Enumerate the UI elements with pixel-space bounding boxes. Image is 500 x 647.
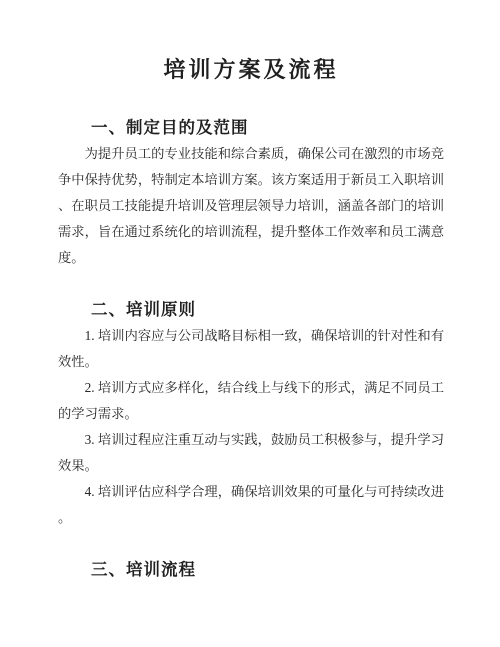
section-heading-purpose-scope: 一、制定目的及范围: [58, 115, 444, 141]
paragraph-purpose-scope: 为提升员工的专业技能和综合素质，确保公司在激烈的市场竞争中保持优势，特制定本培训…: [58, 141, 444, 271]
section-heading-training-principles: 二、培训原则: [58, 297, 444, 323]
document-page: 培训方案及流程 一、制定目的及范围 为提升员工的专业技能和综合素质，确保公司在激…: [0, 0, 500, 647]
section-training-principles: 二、培训原则 1. 培训内容应与公司战略目标相一致，确保培训的针对性和有效性。 …: [58, 297, 444, 531]
principle-item-2: 2. 培训方式应多样化，结合线上与线下的形式，满足不同员工的学习需求。: [58, 375, 444, 427]
section-training-process: 三、培训流程: [58, 557, 444, 583]
document-title: 培训方案及流程: [58, 50, 444, 90]
section-purpose-scope: 一、制定目的及范围 为提升员工的专业技能和综合素质，确保公司在激烈的市场竞争中保…: [58, 115, 444, 271]
section-heading-training-process: 三、培训流程: [58, 557, 444, 583]
principle-item-4: 4. 培训评估应科学合理，确保培训效果的可量化与可持续改进。: [58, 479, 444, 531]
principle-item-3: 3. 培训过程应注重互动与实践，鼓励员工积极参与，提升学习效果。: [58, 427, 444, 479]
principle-item-1: 1. 培训内容应与公司战略目标相一致，确保培训的针对性和有效性。: [58, 323, 444, 375]
